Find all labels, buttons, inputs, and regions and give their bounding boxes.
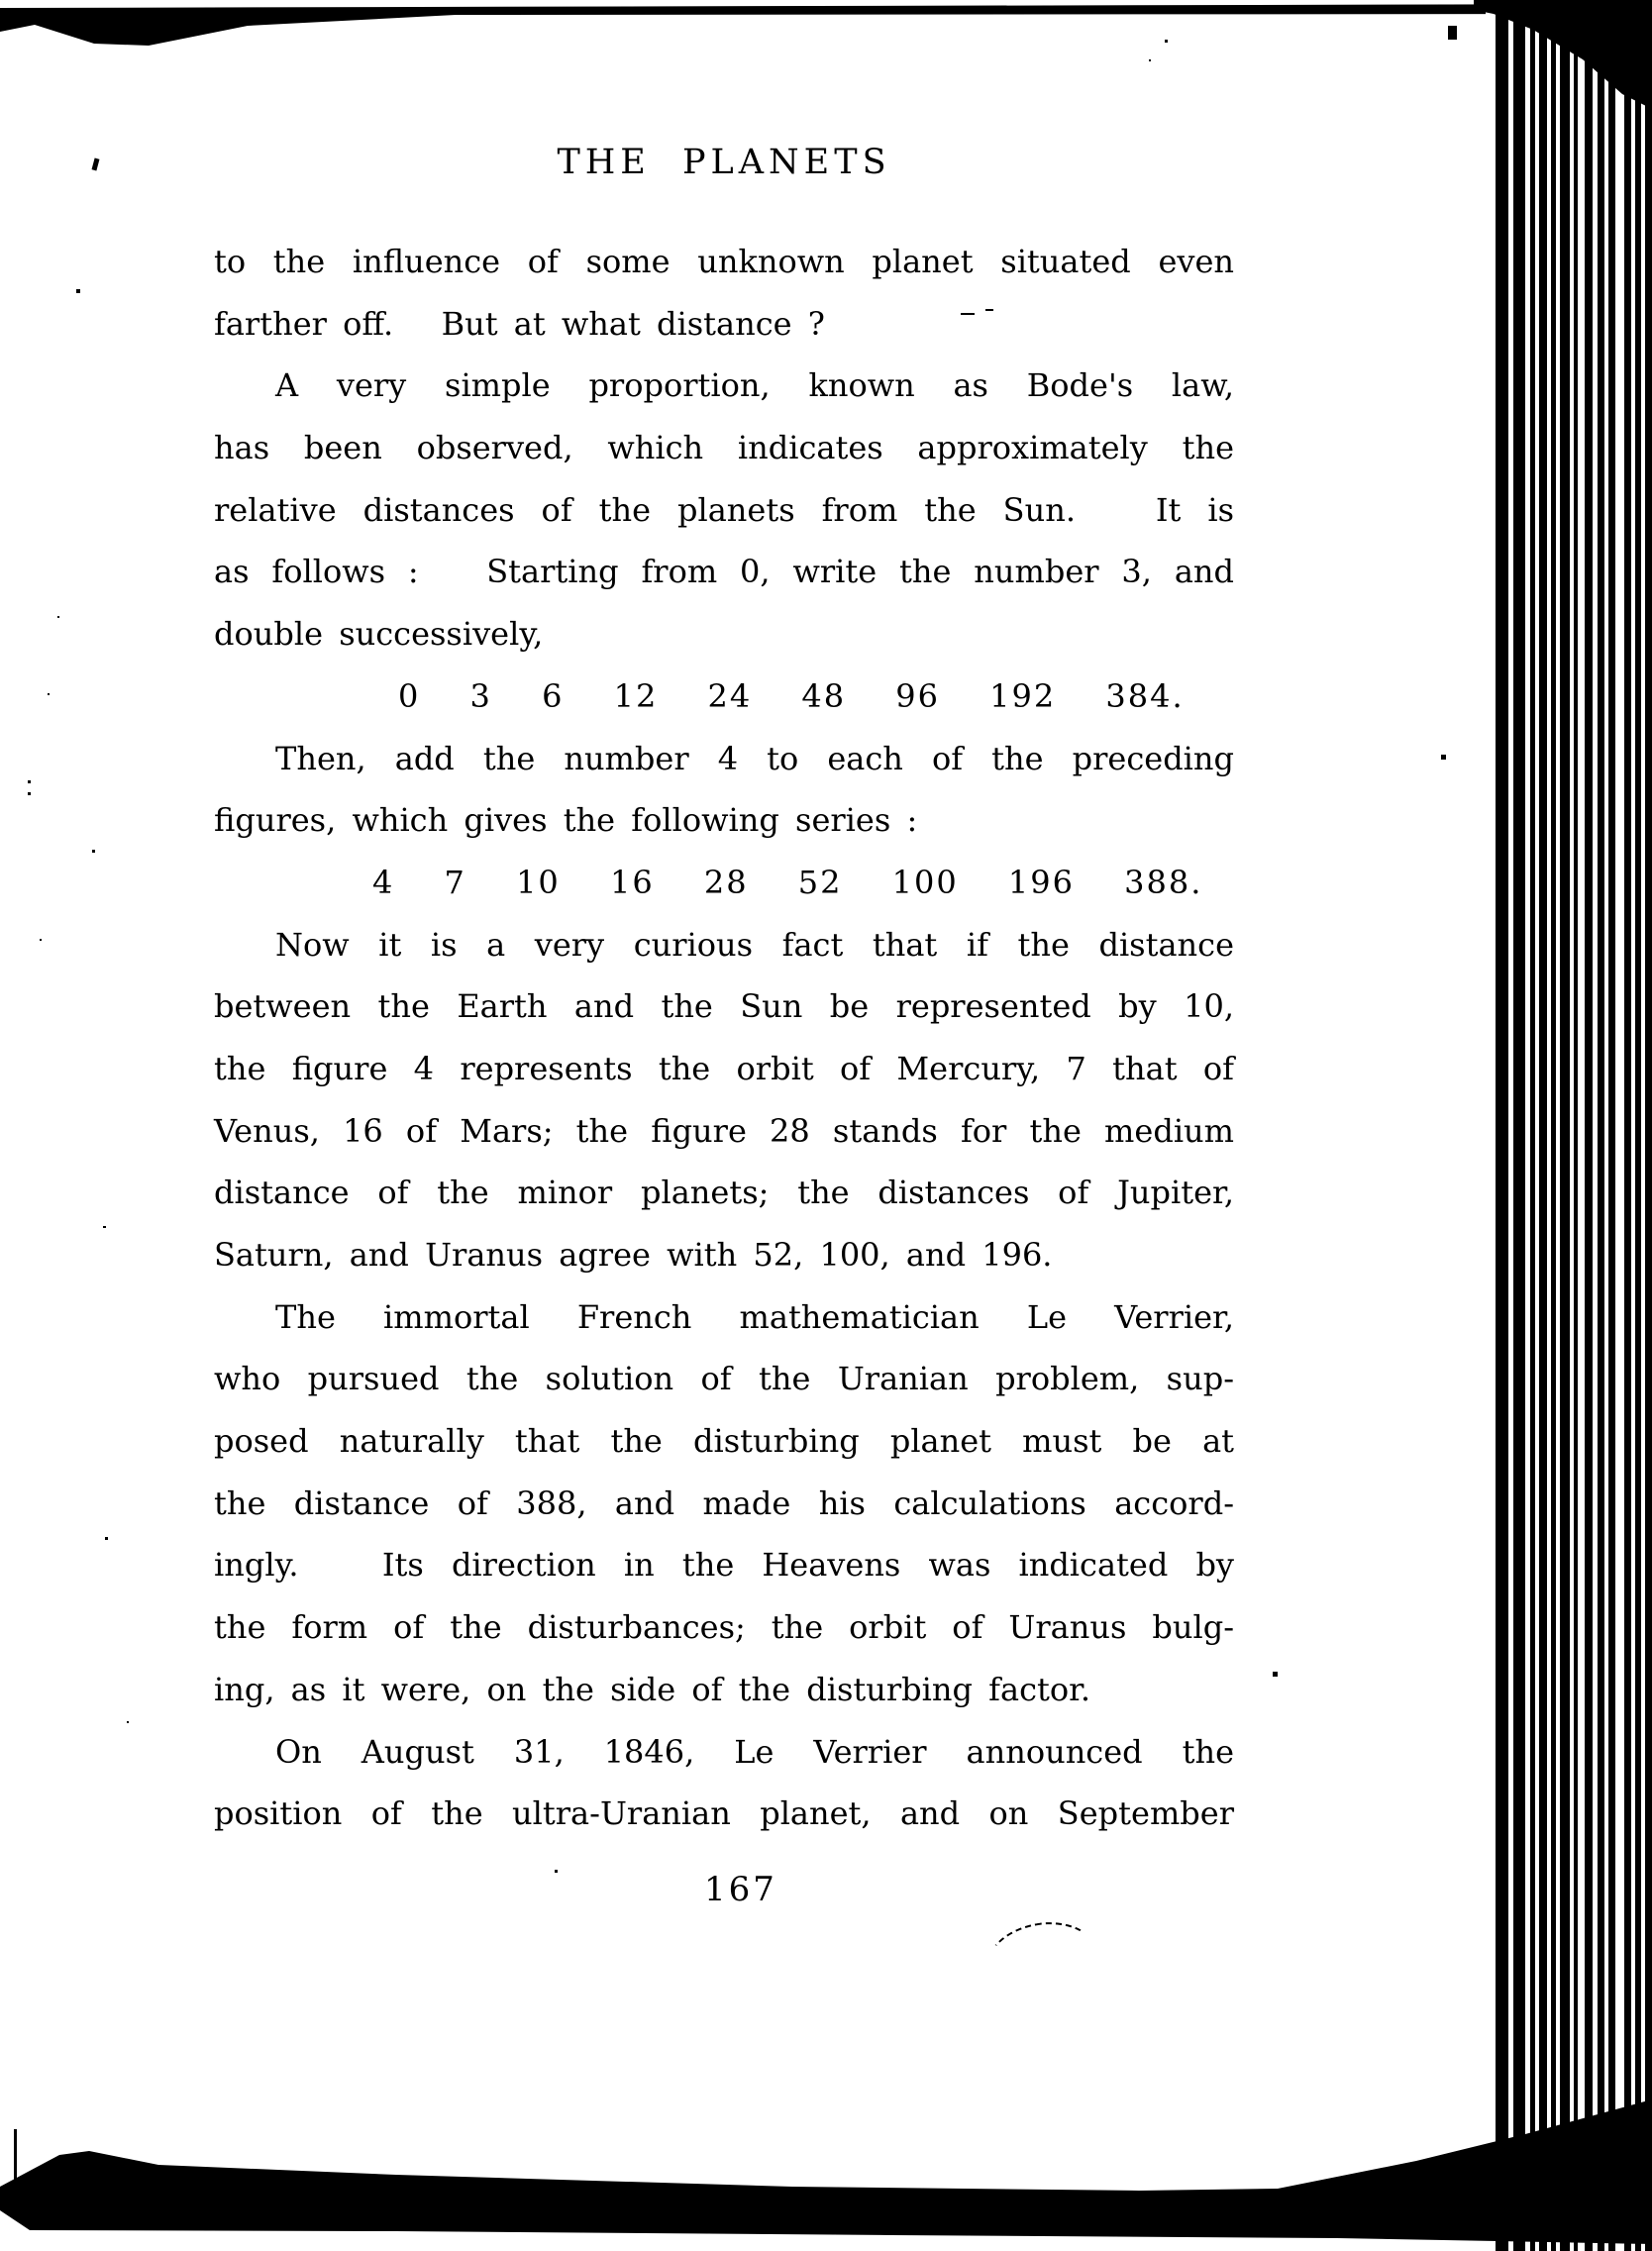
text-line: double successively, [214,603,1234,665]
text-line: Venus, 16 of Mars; the figure 28 stands … [214,1100,1234,1163]
text-line: Saturn, and Uranus agree with 52, 100, a… [214,1224,1234,1286]
noise-speck [57,616,59,618]
noise-speck [48,693,50,695]
pencil-mark [980,1913,1101,1982]
text-line: A very simple proportion, known as Bode'… [214,355,1234,417]
text-line: ingly. Its direction in the Heavens was … [214,1534,1234,1596]
noise-speck [105,1537,108,1540]
text-line: farther off. But at what distance ? [214,293,1234,356]
page-edge-stack [1486,0,1652,2251]
text-line: position of the ultra-Uranian planet, an… [214,1783,1234,1845]
noise-speck [1448,26,1457,40]
text-line: the form of the disturbances; the orbit … [214,1596,1234,1659]
noise-speck [1149,59,1151,61]
text-line: ing, as it were, on the side of the dist… [214,1659,1234,1721]
page-title: THE PLANETS [214,143,1234,182]
noise-speck [555,1870,558,1873]
text-line: distance of the minor planets; the dista… [214,1162,1234,1224]
scan-edge-line [14,2129,17,2187]
noise-speck [1441,755,1446,760]
page-number: 167 [214,1870,1234,1909]
noise-speck [103,1226,106,1228]
text-line: Then, add the number 4 to each of the pr… [214,728,1234,790]
noise-speck [1165,40,1168,43]
text-line: figures, which gives the following serie… [214,789,1234,852]
noise-speck [76,289,80,293]
noise-speck [92,158,100,171]
noise-speck [40,939,42,941]
text-line: posed naturally that the disturbing plan… [214,1410,1234,1473]
text-line: The immortal French mathematician Le Ver… [214,1286,1234,1349]
text-line: as follows : Starting from 0, write the … [214,541,1234,603]
text-line: who pursued the solution of the Uranian … [214,1348,1234,1410]
text-line: Now it is a very curious fact that if th… [214,914,1234,976]
body-text: to the influence of some unknown planet … [214,231,1234,1845]
top-edge-shadow [0,0,1652,59]
noise-speck [28,780,31,783]
text-line: the distance of 388, and made his calcul… [214,1473,1234,1535]
noise-speck [985,309,993,311]
text-line: between the Earth and the Sun be represe… [214,975,1234,1038]
text-line: 4 7 10 16 28 52 100 196 388. [214,852,1234,914]
noise-speck [127,1721,129,1723]
book-page-scan: THE PLANETS to the influence of some unk… [0,0,1652,2251]
noise-speck [961,313,975,315]
text-line: has been observed, which indicates appro… [214,417,1234,479]
bottom-edge-shadow [0,2099,1652,2248]
noise-speck [28,792,31,795]
text-line: to the influence of some unknown planet … [214,231,1234,293]
noise-speck [92,850,95,853]
text-line: On August 31, 1846, Le Verrier announced… [214,1721,1234,1784]
noise-speck [1273,1672,1278,1677]
text-line: the figure 4 represents the orbit of Mer… [214,1038,1234,1100]
text-line: 0 3 6 12 24 48 96 192 384. [214,665,1234,728]
text-line: relative distances of the planets from t… [214,479,1234,542]
